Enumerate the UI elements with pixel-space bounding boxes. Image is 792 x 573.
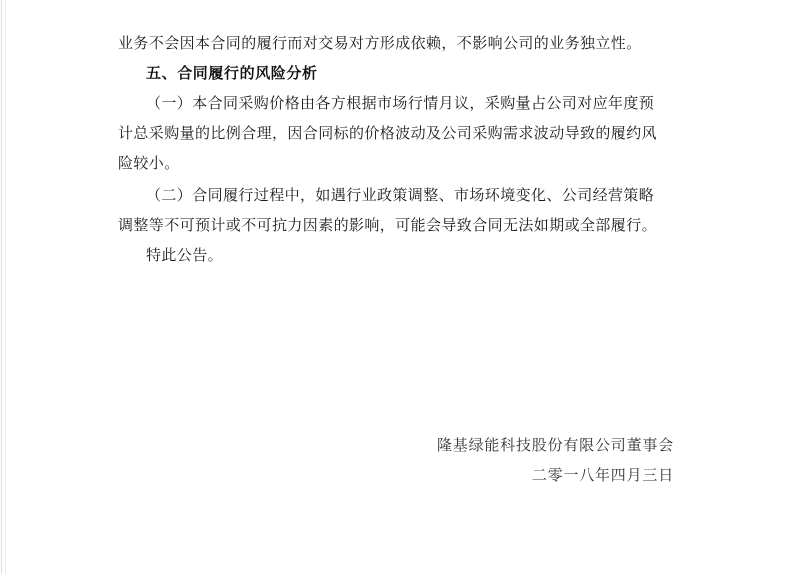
paragraph-line: 险较小。 (118, 148, 674, 178)
signature-block: 隆基绿能科技股份有限公司董事会 二零一八年四月三日 (437, 430, 674, 490)
paragraph-line: 计总采购量的比例合理，因合同标的价格波动及公司采购需求波动导致的履约风 (118, 118, 674, 148)
signature-company: 隆基绿能科技股份有限公司董事会 (437, 430, 674, 460)
continuation-line: 业务不会因本合同的履行而对交易对方形成依赖，不影响公司的业务独立性。 (118, 28, 674, 58)
page-border-left (1, 0, 2, 573)
paragraph-line: 调整等不可预计或不可抗力因素的影响，可能会导致合同无法如期或全部履行。 (118, 210, 674, 240)
page-border-left-inner (5, 0, 6, 573)
paragraph-line: （一）本合同采购价格由各方根据市场行情月议，采购量占公司对应年度预 (118, 88, 674, 118)
paragraph-line: （二）合同履行过程中，如遇行业政策调整、市场环境变化、公司经营策略 (118, 180, 674, 210)
risk-paragraph-2: （二）合同履行过程中，如遇行业政策调整、市场环境变化、公司经营策略 调整等不可预… (118, 180, 674, 240)
signature-date: 二零一八年四月三日 (437, 460, 674, 490)
section-heading: 五、合同履行的风险分析 (118, 58, 674, 88)
document-page: 业务不会因本合同的履行而对交易对方形成依赖，不影响公司的业务独立性。 五、合同履… (118, 28, 674, 270)
closing-text: 特此公告。 (118, 240, 674, 270)
risk-paragraph-1: （一）本合同采购价格由各方根据市场行情月议，采购量占公司对应年度预 计总采购量的… (118, 88, 674, 178)
